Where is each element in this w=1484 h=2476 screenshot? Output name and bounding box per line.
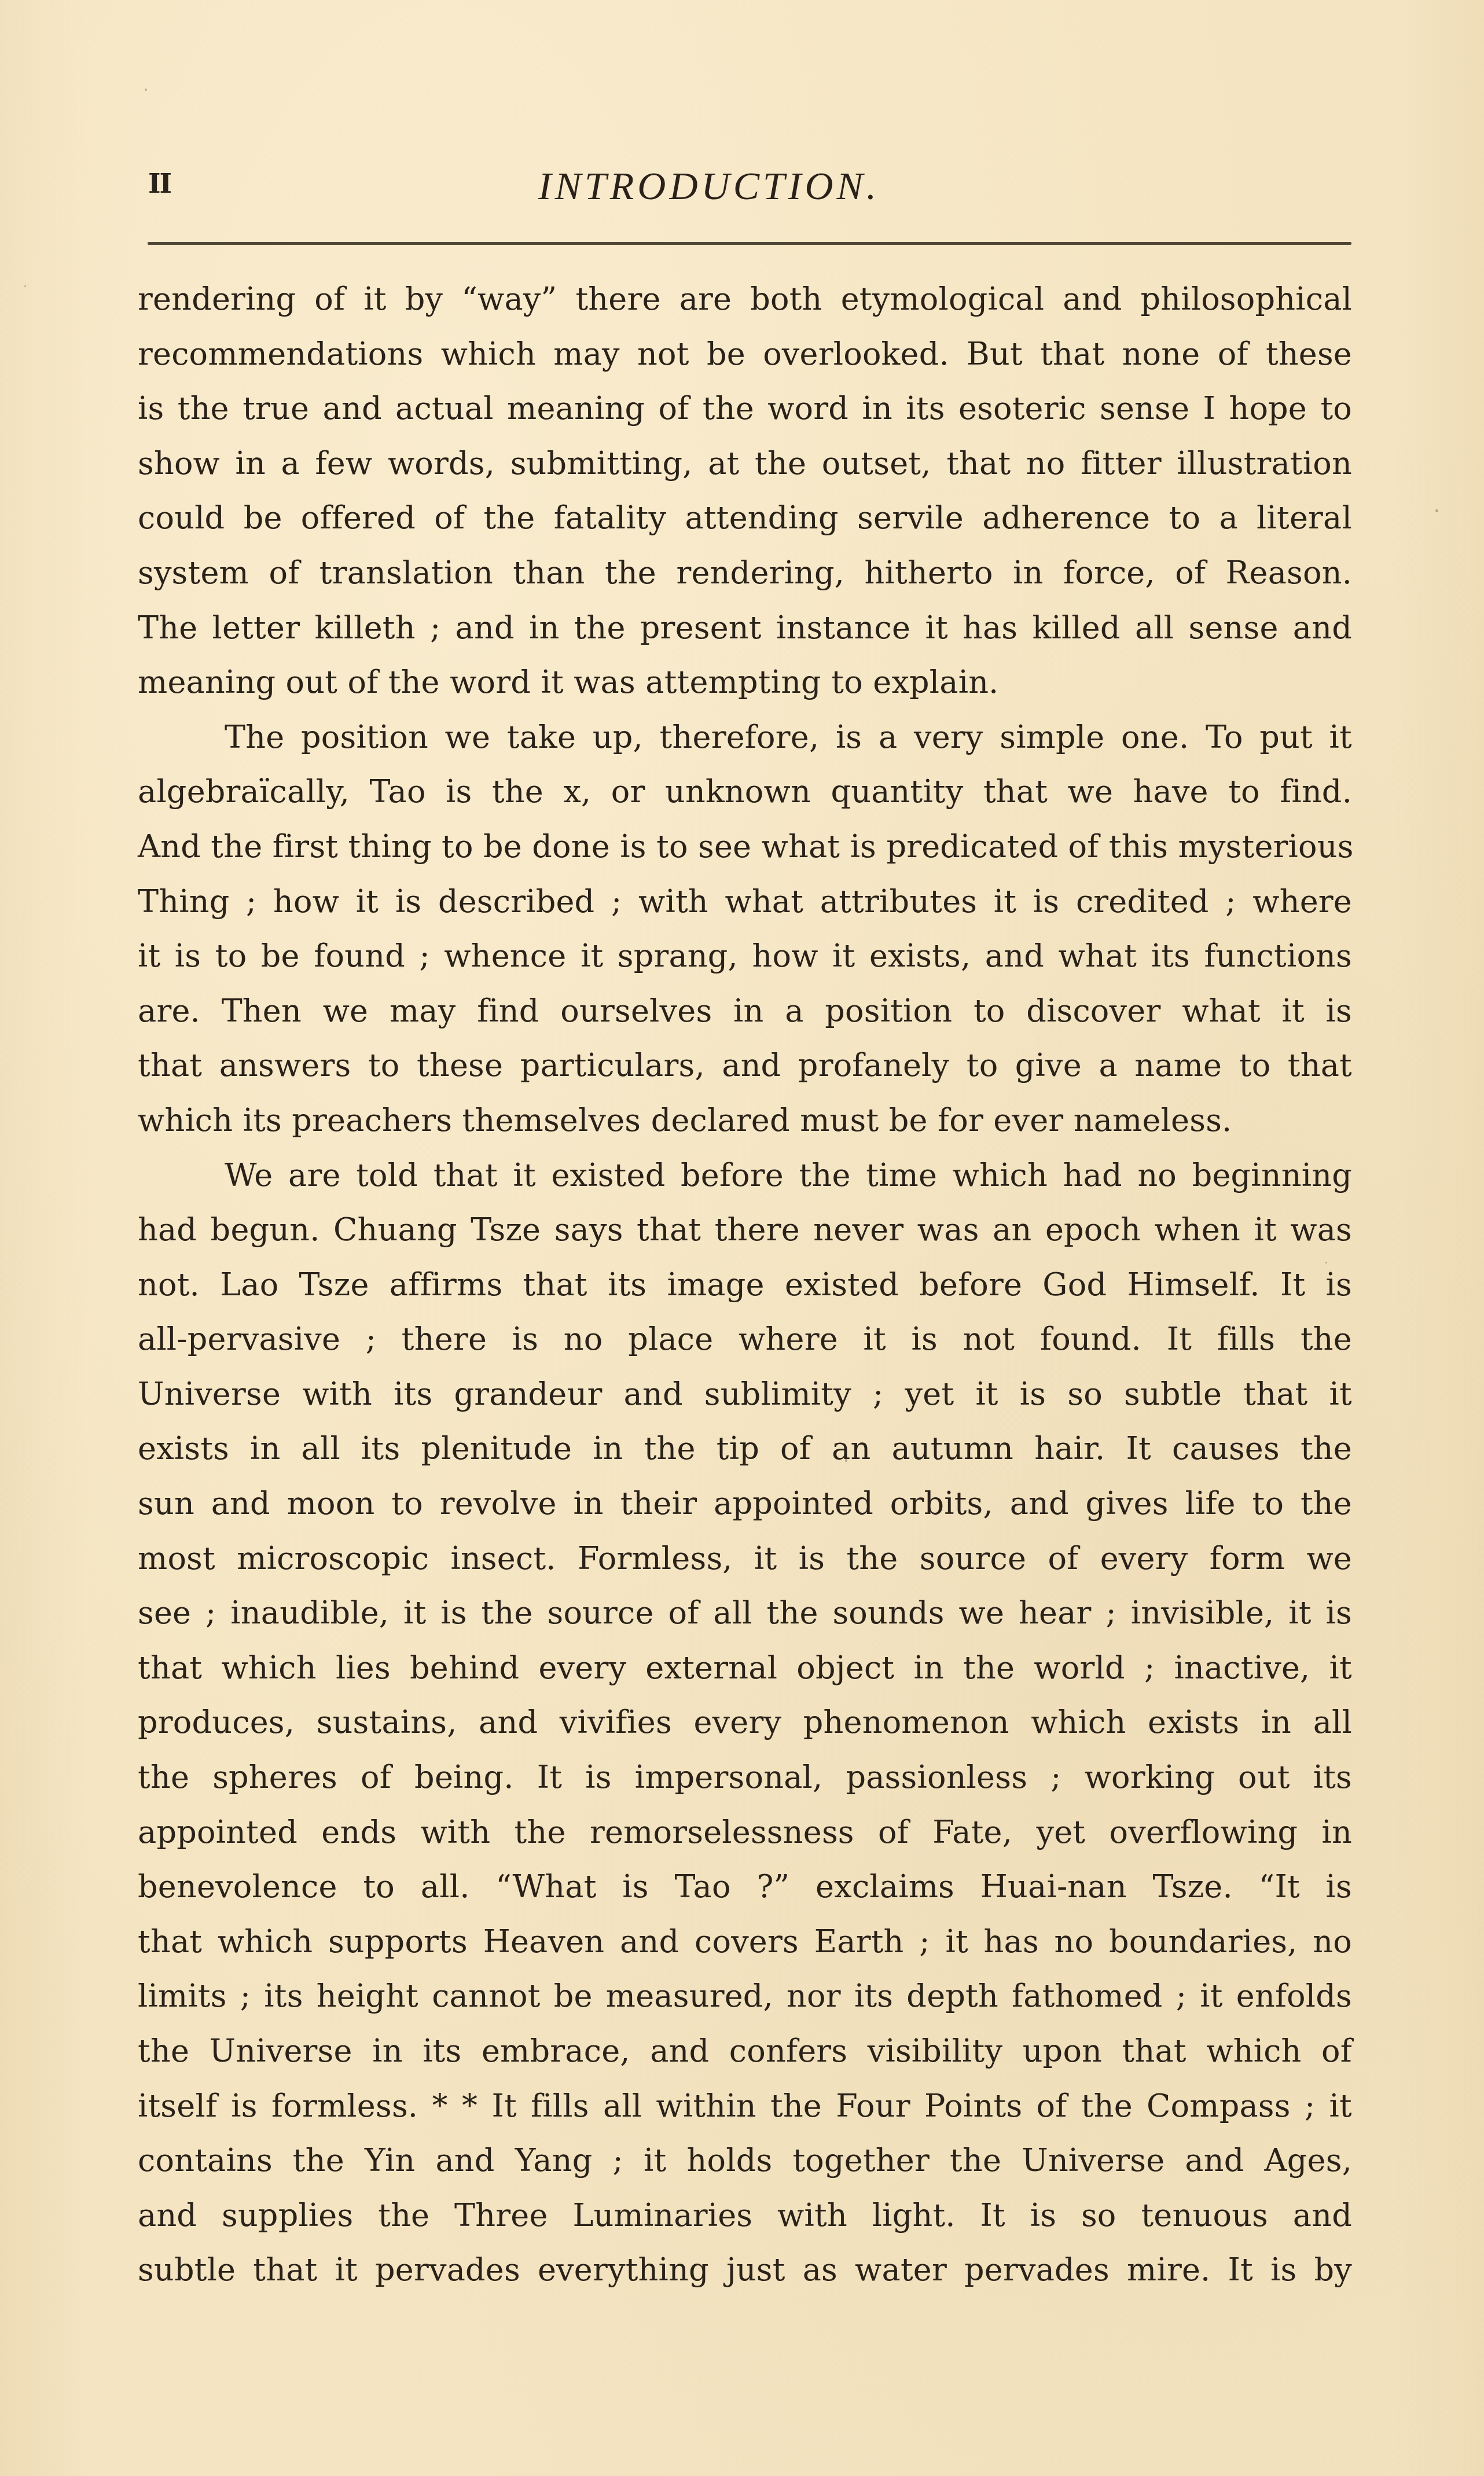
- page-number: II: [148, 168, 171, 199]
- text-line: Universe with its grandeur and sublimity…: [138, 1367, 1352, 1422]
- header-rule-divider: [148, 242, 1351, 245]
- running-title: INTRODUCTION.: [538, 163, 880, 209]
- text-line: that which supports Heaven and covers Ea…: [138, 1915, 1352, 1970]
- text-line: all-pervasive ; there is no place where …: [138, 1312, 1352, 1367]
- text-line: contains the Yin and Yang ; it holds tog…: [138, 2133, 1352, 2188]
- text-line: see ; inaudible, it is the source of all…: [138, 1586, 1352, 1641]
- paper-speck: [145, 89, 147, 91]
- text-line: show in a few words, submitting, at the …: [138, 436, 1352, 491]
- text-line: meaning out of the word it was attemptin…: [138, 655, 1352, 710]
- text-line: The letter killeth ; and in the present …: [138, 601, 1352, 656]
- text-line: that which lies behind every external ob…: [138, 1641, 1352, 1696]
- text-line: are. Then we may find ourselves in a pos…: [138, 984, 1352, 1039]
- text-line: that answers to these particulars, and p…: [138, 1038, 1352, 1093]
- text-line: it is to be found ; whence it sprang, ho…: [138, 929, 1352, 984]
- text-line: limits ; its height cannot be measured, …: [138, 1969, 1352, 2024]
- text-line: the Universe in its embrace, and confers…: [138, 2024, 1352, 2079]
- text-line: system of translation than the rendering…: [138, 546, 1352, 601]
- text-line: Thing ; how it is described ; with what …: [138, 875, 1352, 930]
- text-line: appointed ends with the remorselessness …: [138, 1805, 1352, 1860]
- paper-speck: [1325, 1262, 1327, 1263]
- text-line: could be offered of the fatality attendi…: [138, 491, 1352, 546]
- text-line: itself is formless. * * It fills all wit…: [138, 2079, 1352, 2134]
- text-line: had begun. Chuang Tsze says that there n…: [138, 1203, 1352, 1258]
- paper-speck: [24, 285, 26, 287]
- text-line: and supplies the Three Luminaries with l…: [138, 2188, 1352, 2243]
- text-line: the spheres of being. It is impersonal, …: [138, 1750, 1352, 1805]
- paper-speck: [1435, 509, 1438, 512]
- text-line: is the true and actual meaning of the wo…: [138, 381, 1352, 436]
- text-line: rendering of it by “way” there are both …: [138, 272, 1352, 327]
- text-line: sun and moon to revolve in their appoint…: [138, 1476, 1352, 1531]
- text-line: And the first thing to be done is to see…: [138, 820, 1352, 875]
- text-line: produces, sustains, and vivifies every p…: [138, 1695, 1352, 1750]
- text-line: benevolence to all. “What is Tao ?” excl…: [138, 1860, 1352, 1915]
- body-text: rendering of it by “way” there are both …: [138, 272, 1352, 2298]
- text-line: which its preachers themselves declared …: [138, 1093, 1352, 1148]
- paper-speck: [845, 1459, 847, 1462]
- text-line: subtle that it pervades everything just …: [138, 2243, 1352, 2298]
- book-page: II INTRODUCTION. rendering of it by “way…: [0, 0, 1484, 2476]
- running-head: II INTRODUCTION.: [145, 163, 1354, 227]
- text-line: most microscopic insect. Formless, it is…: [138, 1531, 1352, 1586]
- paragraph-start-line: The position we take up, therefore, is a…: [138, 710, 1352, 765]
- text-line: not. Lao Tsze affirms that its image exi…: [138, 1258, 1352, 1313]
- text-line: recommendations which may not be overloo…: [138, 327, 1352, 382]
- text-line: algebraïcally, Tao is the x, or unknown …: [138, 765, 1352, 820]
- text-line: exists in all its plenitude in the tip o…: [138, 1421, 1352, 1476]
- paragraph-start-line: We are told that it existed before the t…: [138, 1148, 1352, 1203]
